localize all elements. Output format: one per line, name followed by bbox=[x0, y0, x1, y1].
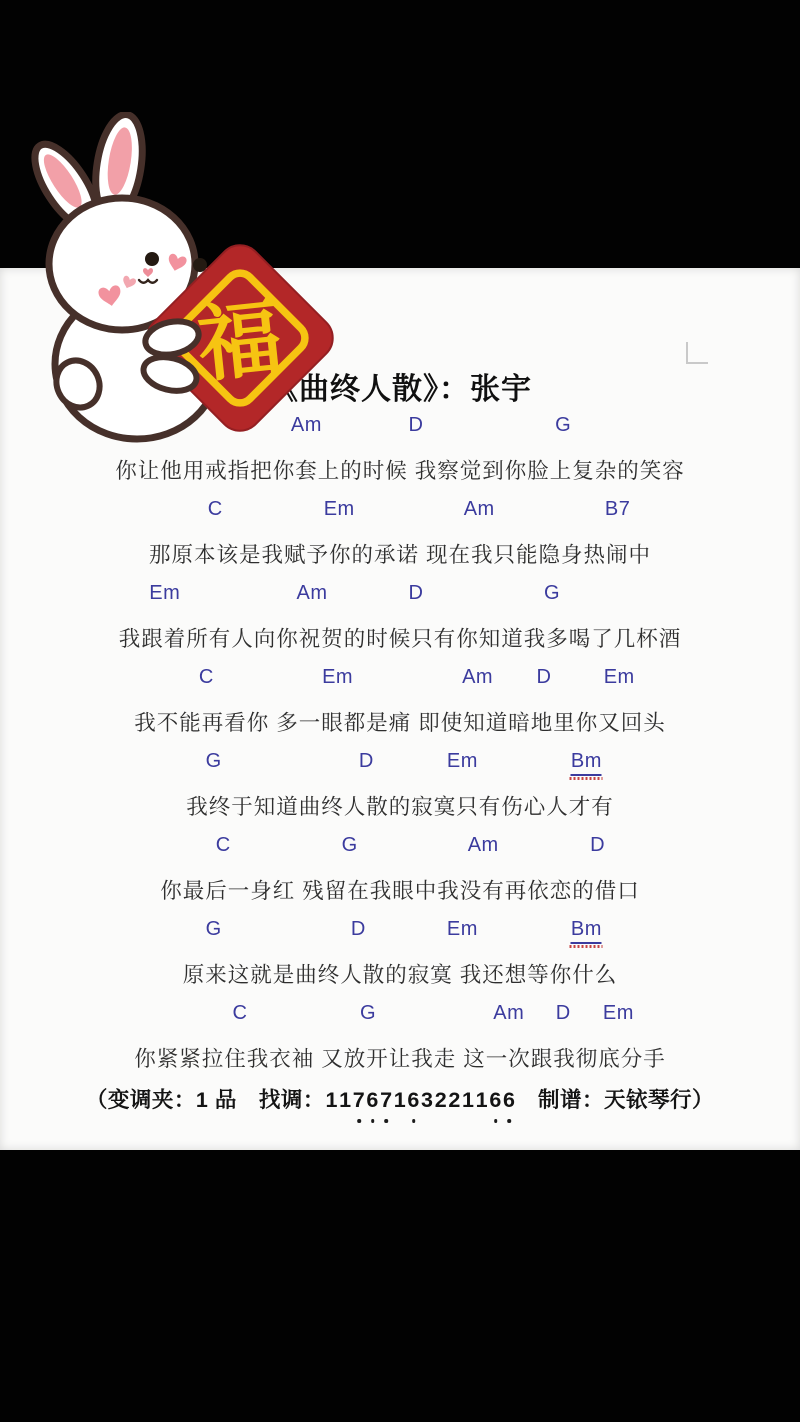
footer-maker-label: 制谱：天铱琴行） bbox=[516, 1088, 714, 1112]
lyric-line: 你最后一身红 残留在我眼中我没有再依恋的借口 bbox=[0, 870, 800, 912]
chord-label: D bbox=[590, 834, 605, 857]
footer-capo-label: （变调夹：1 品 找调： bbox=[86, 1088, 325, 1112]
spellcheck-squiggle-icon bbox=[570, 945, 603, 948]
jianpu-digit: 2 bbox=[448, 1080, 462, 1120]
lyric-line: 你让他用戒指把你套上的时候 我察觉到你脸上复杂的笑容 bbox=[0, 450, 800, 492]
rabbit-fu-sticker: 福 bbox=[22, 112, 342, 452]
chord-label: Bm bbox=[571, 918, 602, 944]
jianpu-digit: 1 bbox=[461, 1080, 475, 1120]
chord-label: Am bbox=[464, 498, 495, 521]
chord-label: C bbox=[199, 666, 214, 689]
chord-line: CGAmDEm bbox=[0, 996, 800, 1038]
chord-line: CEmAmB7 bbox=[0, 492, 800, 534]
chord-label: C bbox=[216, 834, 231, 857]
chord-label: G bbox=[555, 414, 571, 437]
chord-label: D bbox=[537, 666, 552, 689]
jianpu-digit: 1 bbox=[393, 1080, 407, 1120]
chord-label: Em bbox=[149, 582, 180, 605]
chord-label: Am bbox=[493, 1002, 524, 1025]
jianpu-digit: 7 bbox=[352, 1080, 366, 1120]
chord-line: CGAmD bbox=[0, 828, 800, 870]
jianpu-digit: 7 bbox=[379, 1080, 393, 1120]
chord-label: Am bbox=[297, 582, 328, 605]
jianpu-digit: 3 bbox=[420, 1080, 434, 1120]
spellcheck-squiggle-icon bbox=[570, 777, 603, 780]
chord-label: G bbox=[342, 834, 358, 857]
chord-label: Bm bbox=[571, 750, 602, 776]
chord-label: G bbox=[206, 750, 222, 773]
lyric-line: 我不能再看你 多一眼都是痛 即使知道暗地里你又回头 bbox=[0, 702, 800, 744]
jianpu-digit: 1 bbox=[325, 1080, 339, 1120]
chord-label: Em bbox=[322, 666, 353, 689]
chord-line: GDEmBm bbox=[0, 912, 800, 954]
chord-label: B7 bbox=[605, 498, 630, 521]
chord-label: D bbox=[409, 414, 424, 437]
chord-label: C bbox=[233, 1002, 248, 1025]
jianpu-digit: 6 bbox=[502, 1080, 516, 1120]
page-corner-mark bbox=[686, 342, 708, 364]
chord-label: D bbox=[359, 750, 374, 773]
chord-label: Em bbox=[447, 750, 478, 773]
chord-label: Em bbox=[603, 1002, 634, 1025]
footer-key-digits: 11767163221166 bbox=[325, 1088, 516, 1112]
chord-label: Am bbox=[468, 834, 499, 857]
jianpu-digit: 2 bbox=[434, 1080, 448, 1120]
jianpu-digit: 1 bbox=[475, 1080, 489, 1120]
fu-character: 福 bbox=[193, 292, 286, 393]
chord-label: D bbox=[409, 582, 424, 605]
chord-label: Am bbox=[462, 666, 493, 689]
bottom-letterbox bbox=[0, 1150, 800, 1422]
chord-line: CEmAmDEm bbox=[0, 660, 800, 702]
chord-label: D bbox=[351, 918, 366, 941]
song-line: EmAmDG我跟着所有人向你祝贺的时候只有你知道我多喝了几杯酒 bbox=[0, 576, 800, 660]
song-line: GDEmBm原来这就是曲终人散的寂寞 我还想等你什么 bbox=[0, 912, 800, 996]
chord-label: Em bbox=[447, 918, 478, 941]
song-line: CGAmD你最后一身红 残留在我眼中我没有再依恋的借口 bbox=[0, 828, 800, 912]
song-line: CEmAmB7那原本该是我赋予你的承诺 现在我只能隐身热闹中 bbox=[0, 492, 800, 576]
lyric-line: 原来这就是曲终人散的寂寞 我还想等你什么 bbox=[0, 954, 800, 996]
chord-label: G bbox=[544, 582, 560, 605]
chord-sheet-rows: EmAmDG你让他用戒指把你套上的时候 我察觉到你脸上复杂的笑容CEmAmB7那… bbox=[0, 408, 800, 1124]
chord-label: D bbox=[556, 1002, 571, 1025]
chord-label: Em bbox=[604, 666, 635, 689]
chord-line: GDEmBm bbox=[0, 744, 800, 786]
chord-line: EmAmDG bbox=[0, 576, 800, 618]
jianpu-digit: 1 bbox=[339, 1080, 353, 1120]
chord-label: Em bbox=[324, 498, 355, 521]
screenshot-frame: 《曲终人散》：张宇 EmAmDG你让他用戒指把你套上的时候 我察觉到你脸上复杂的… bbox=[0, 0, 800, 1422]
jianpu-digit: 6 bbox=[489, 1080, 503, 1120]
rabbit-left-eye bbox=[145, 252, 159, 266]
lyric-line: 你紧紧拉住我衣袖 又放开让我走 这一次跟我彻底分手 bbox=[0, 1038, 800, 1080]
song-line: GDEmBm我终于知道曲终人散的寂寞只有伤心人才有 bbox=[0, 744, 800, 828]
chord-label: G bbox=[360, 1002, 376, 1025]
song-line: CGAmDEm你紧紧拉住我衣袖 又放开让我走 这一次跟我彻底分手 bbox=[0, 996, 800, 1080]
lyric-line: 那原本该是我赋予你的承诺 现在我只能隐身热闹中 bbox=[0, 534, 800, 576]
lyric-line: 我终于知道曲终人散的寂寞只有伤心人才有 bbox=[0, 786, 800, 828]
lyric-line: 我跟着所有人向你祝贺的时候只有你知道我多喝了几杯酒 bbox=[0, 618, 800, 660]
jianpu-digit: 6 bbox=[366, 1080, 380, 1120]
corner-mark-vertical bbox=[686, 342, 688, 364]
jianpu-digit: 6 bbox=[407, 1080, 421, 1120]
chord-label: G bbox=[206, 918, 222, 941]
chord-label: C bbox=[208, 498, 223, 521]
song-line: CEmAmDEm我不能再看你 多一眼都是痛 即使知道暗地里你又回头 bbox=[0, 660, 800, 744]
footer-line: （变调夹：1 品 找调：11767163221166 制谱：天铱琴行） bbox=[0, 1080, 800, 1124]
